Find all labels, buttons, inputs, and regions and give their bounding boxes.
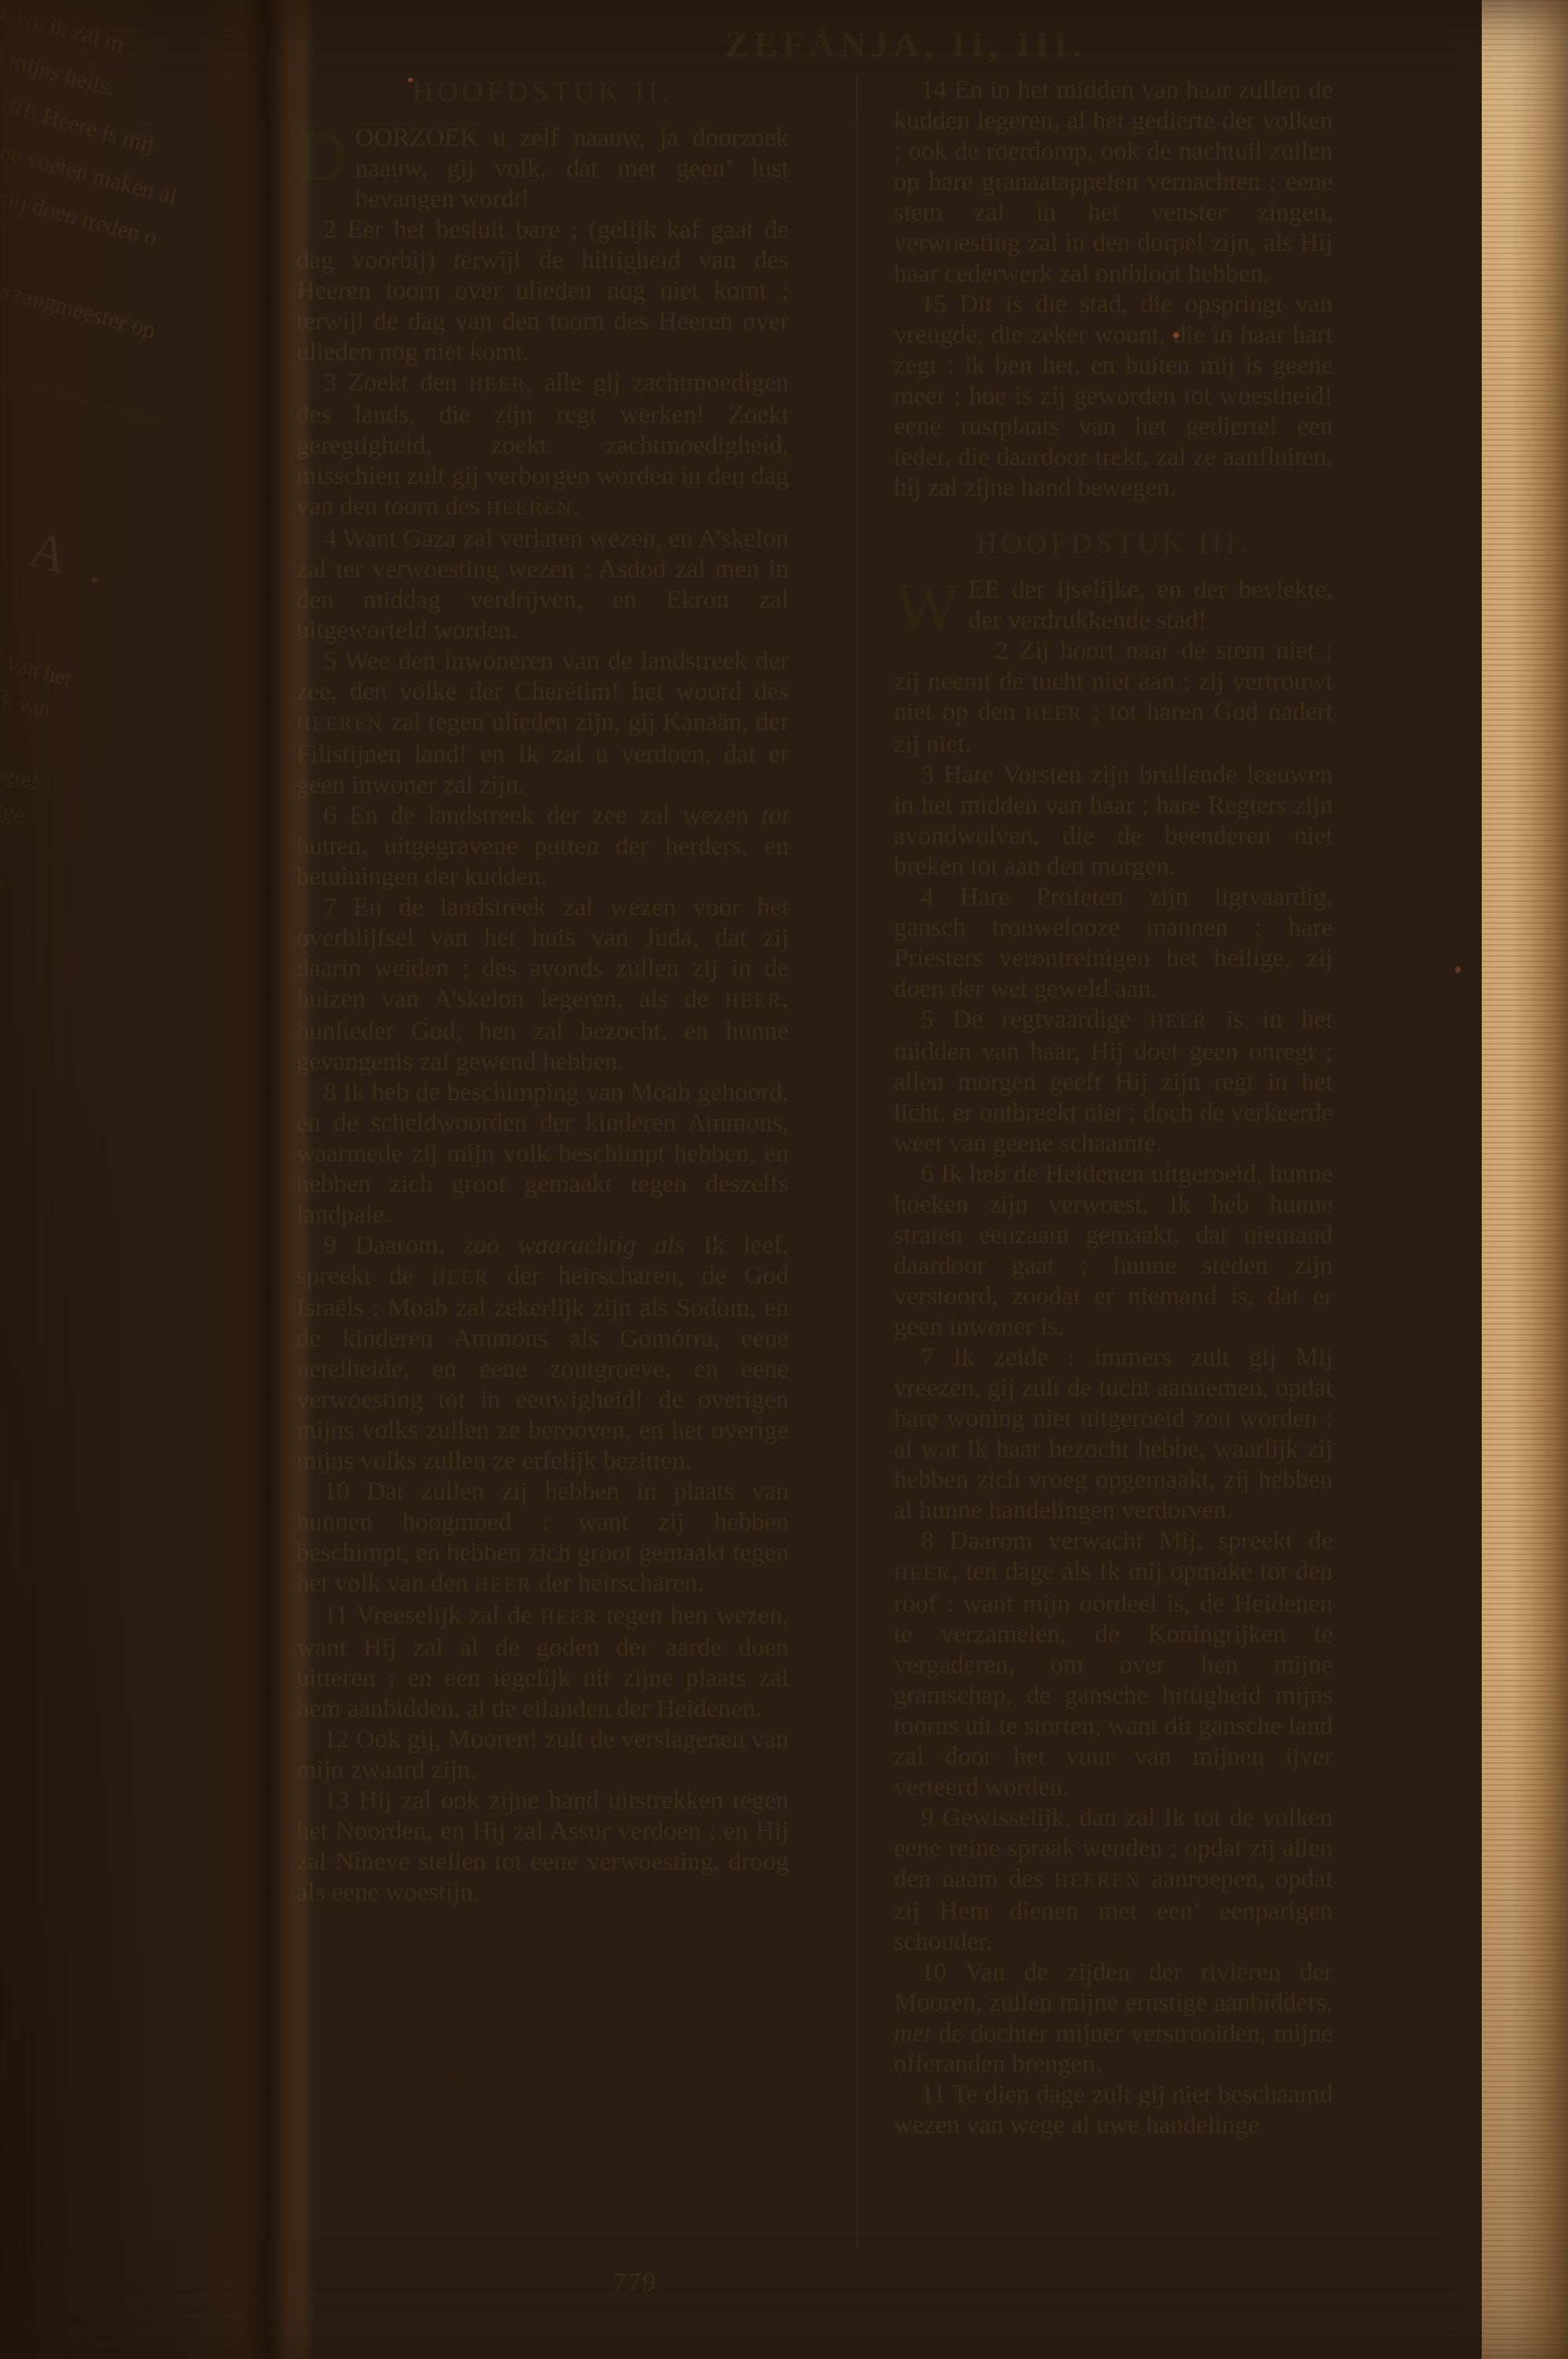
divine-name: HEER — [1025, 703, 1083, 725]
divine-name: HEER — [1150, 1011, 1207, 1032]
verse: 11 Te dien dage zult gij niet beschaamd … — [894, 2080, 1333, 2141]
divine-name: HEER — [431, 1267, 488, 1289]
verse: 12 Ook gij, Mooren! zult de verslagenen … — [296, 1725, 789, 1786]
verse-text: OORZOEK u zelf naauw, ja doorzoek naauw,… — [355, 124, 789, 213]
italic-text: met — [894, 2019, 931, 2048]
italic-text: tot — [761, 801, 789, 830]
verse-text: 6 En de landstreek der zee zal wezen — [324, 801, 762, 830]
verse: 2 Eer het besluit bare ; (gelijk kaf gaa… — [296, 215, 789, 368]
ink-speck — [1455, 966, 1461, 973]
verse-text: 13 Hij zal ook zijne hand uitstrekken te… — [296, 1787, 789, 1906]
verse-text: de dochter mijner verstrooiden, mijne of… — [894, 2019, 1333, 2078]
verse: 4 Want Gaza zal verlaten wezen, en A’ske… — [296, 524, 789, 646]
text-column-left: HOOFDSTUK II.DOORZOEK u zelf naauw, ja d… — [296, 75, 789, 1908]
verse-text: , ten dage als Ik mij opmake tot den roo… — [894, 1558, 1333, 1801]
main-page: ZEFÁNJA, II, III. HOOFDSTUK II.DOORZOEK … — [274, 0, 1482, 2359]
verse: 6 En de landstreek der zee zal wezen tot… — [296, 801, 789, 892]
verse: 9 Gewisselijk, dan zal Ik tot de volken … — [894, 1803, 1333, 1957]
ink-speck — [408, 78, 413, 82]
verse: 13 Hij zal ook zijne hand uitstrekken te… — [296, 1786, 789, 1908]
divine-name: HEEREN — [1054, 1870, 1141, 1892]
verse: 6 Ik heb de Heidenen uitgeroeid, hunne h… — [894, 1159, 1333, 1343]
verse-text: 7 En de landstreek zal wezen voor het ov… — [296, 893, 789, 1013]
verse: 11 Vreeselijk zal de HEER tegen hen weze… — [296, 1601, 789, 1725]
verse: 7 En de landstreek zal wezen voor het ov… — [296, 892, 789, 1078]
verse: 10 Van de zijden der rivieren der Mooren… — [894, 1957, 1333, 2080]
chapter-heading: HOOFDSTUK II. — [296, 75, 789, 109]
divine-name: HEER — [469, 374, 526, 395]
verse-text: 4 Want Gaza zal verlaten wezen, en A’ske… — [296, 525, 789, 645]
previous-page-text: opspringen, ik zal mden God mijns heils.… — [0, 0, 274, 2183]
verse-text: 10 Van de zijden der rivieren der Mooren… — [894, 1958, 1333, 2017]
verse-text: 11 Te dien dage zult gij niet beschaamd … — [894, 2081, 1333, 2139]
verse-text: der heirscharen, de God Israëls : Moab z… — [296, 1262, 789, 1475]
verse-text: 2 Eer het besluit bare ; (gelijk kaf gaa… — [296, 216, 789, 366]
chapter-heading: HOOFDSTUK III. — [894, 527, 1333, 561]
divine-name: HEER — [540, 1607, 597, 1628]
drop-cap: D — [296, 123, 355, 187]
verse: 5 De regtvaardige HEER is in het midden … — [894, 1005, 1333, 1159]
verse-text: 4 Hare Profeten zijn ligtvaardig, gansch… — [894, 883, 1333, 1003]
ink-speck — [1173, 333, 1179, 338]
verse: 2 Zij hoort naar de stem niet ; zij neem… — [894, 636, 1333, 760]
verse: 15 Dit is die stad, die opspringt van vr… — [894, 289, 1333, 503]
verse: 9 Daarom, zoo waarachtig als Ik leef, sp… — [296, 1230, 789, 1477]
verse-text: 9 Daarom, — [324, 1231, 464, 1259]
verse: 10 Dat zullen zij hebben in plaats van h… — [296, 1477, 789, 1601]
divine-name: HEEREN — [296, 714, 383, 735]
page-number: 779 — [557, 2268, 713, 2298]
verse-text: 8 Daarom verwacht Mij, spreekt de — [921, 1527, 1333, 1555]
previous-page-edge: opspringen, ik zal mden God mijns heils.… — [0, 0, 274, 2359]
verse-text: 14 En in het midden van haar zullen de k… — [894, 76, 1333, 288]
verse: 3 Zoekt den HEER, alle gij zachtmoedigen… — [296, 368, 789, 524]
verse-text: 11 Vreeselijk zal de — [324, 1601, 541, 1630]
verse: 8 Daarom verwacht Mij, spreekt de HEER, … — [894, 1526, 1333, 1803]
verse: 7 Ik zeide : immers zult gij Mij vreezen… — [894, 1343, 1333, 1526]
verse-text: 6 Ik heb de Heidenen uitgeroeid, hunne h… — [894, 1160, 1333, 1341]
column-divider — [856, 74, 858, 2249]
verse-text: 3 Zoekt den — [324, 369, 469, 397]
verse: DOORZOEK u zelf naauw, ja doorzoek naauw… — [296, 123, 789, 215]
drop-cap: W — [894, 575, 968, 638]
verse-text: . — [573, 493, 579, 521]
verse: 8 Ik heb de beschimping van Moab gehoord… — [296, 1078, 789, 1230]
verse-text: der heirscharen. — [532, 1569, 704, 1598]
verse: 3 Hare Vorsten zijn brullende leeuwen in… — [894, 760, 1333, 882]
book-fore-edge — [1482, 0, 1568, 2359]
book-photo: { "running_head": "ZEFÁNJA, II, III.", "… — [0, 0, 1568, 2359]
verse-text: 7 Ik zeide : immers zult gij Mij vreezen… — [894, 1343, 1333, 1525]
divine-name: HEER — [724, 990, 782, 1012]
running-head: ZEFÁNJA, II, III. — [274, 24, 1482, 65]
italic-text: zoo waarachtig als — [463, 1231, 684, 1259]
verse: WEE der ijselijke, en der bevlekte, der … — [894, 575, 1333, 636]
verse: 4 Hare Profeten zijn ligtvaardig, gansch… — [894, 882, 1333, 1005]
divine-name: HEEREN — [486, 498, 573, 519]
verse: 14 En in het midden van haar zullen de k… — [894, 75, 1333, 289]
divine-name: HEER — [474, 1575, 532, 1596]
verse-text: 15 Dit is die stad, die opspringt van vr… — [894, 290, 1333, 502]
verse-text: 5 Wee den inwoneren van de landstreek de… — [296, 647, 789, 706]
verse-text: 8 Ik heb de beschimping van Moab gehoord… — [296, 1078, 789, 1229]
verse: 5 Wee den inwoneren van de landstreek de… — [296, 646, 789, 801]
verse-text: hutten, uitgegravene putten der herders,… — [296, 832, 789, 891]
verse-text: 5 De regtvaardige — [921, 1005, 1150, 1034]
verse-text: 12 Ook gij, Mooren! zult de verslagenen … — [296, 1725, 789, 1784]
verse-text: 3 Hare Vorsten zijn brullende leeuwen in… — [894, 761, 1333, 881]
divine-name: HEER — [894, 1563, 951, 1584]
verse-text: EE der ijselijke, en der bevlekte, der v… — [968, 576, 1333, 634]
text-column-right: 14 En in het midden van haar zullen de k… — [894, 75, 1333, 2141]
